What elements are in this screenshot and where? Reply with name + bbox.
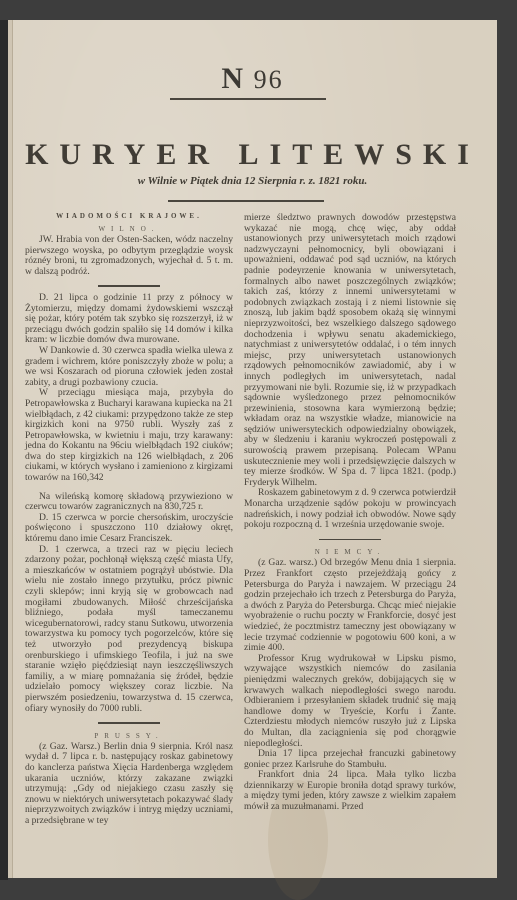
right-column: mierze śledztwo prawnych dowodów przestę… xyxy=(244,213,456,813)
article-paragraph: Frankfort dnia 24 lipca. Mała tylko licz… xyxy=(244,770,456,812)
section-heading-domestic: WIADOMOŚCI KRAJOWE. xyxy=(25,210,233,223)
article-paragraph: D. 15 czerwca w porcie chersońskim, uroc… xyxy=(25,513,233,545)
article-paragraph: JW. Hrabia von der Osten-Sacken, wódz na… xyxy=(25,235,233,277)
newspaper-title: KURYER LITEWSKI xyxy=(8,138,497,172)
issue-number: N 96 xyxy=(8,62,497,96)
article-separator xyxy=(98,285,160,287)
article-paragraph: D. 1 czerwca, a trzeci raz w pięciu leci… xyxy=(25,545,233,715)
newspaper-page: N 96 KURYER LITEWSKI w Wilnie w Piątek d… xyxy=(8,20,497,878)
section-heading-prussia: PRUSSY. xyxy=(25,730,233,742)
scan-border-left xyxy=(0,20,8,880)
issue-value: 96 xyxy=(254,65,284,94)
article-paragraph: mierze śledztwo prawnych dowodów przestę… xyxy=(244,213,456,488)
article-paragraph: D. 21 lipca o godzinie 11 przy z północy… xyxy=(25,293,233,346)
article-paragraph: Professor Krug wydrukował w Lipsku pismo… xyxy=(244,654,456,749)
header-rule-top xyxy=(170,98,326,100)
article-separator xyxy=(98,722,160,724)
header-rule-bottom xyxy=(168,200,324,202)
article-paragraph: Dnia 17 lipca przejechał francuzki gabin… xyxy=(244,749,456,770)
page-edge xyxy=(8,20,13,878)
article-separator xyxy=(319,539,381,541)
article-paragraph: Na wileńską komorę składową przywieziono… xyxy=(25,492,233,513)
article-paragraph: W przeciągu miesiąca maja, przybyła do P… xyxy=(25,388,233,483)
article-paragraph: Roskazem gabinetowym z d. 9 czerwca potw… xyxy=(244,488,456,530)
article-paragraph: (z Gaz. Warsz.) Berlin dnia 9 sierpnia. … xyxy=(25,742,233,827)
left-column: WIADOMOŚCI KRAJOWE. WILNO. JW. Hrabia vo… xyxy=(25,210,233,826)
article-paragraph: (z Gaz. warsz.) Od brzegów Menu dnia 1 s… xyxy=(244,558,456,653)
article-paragraph: W Dankowie d. 30 czerwca spadła wielka u… xyxy=(25,346,233,388)
dateline: w Wilnie w Piątek dnia 12 Sierpnia r. z.… xyxy=(8,175,497,187)
issue-label: N xyxy=(221,62,245,95)
